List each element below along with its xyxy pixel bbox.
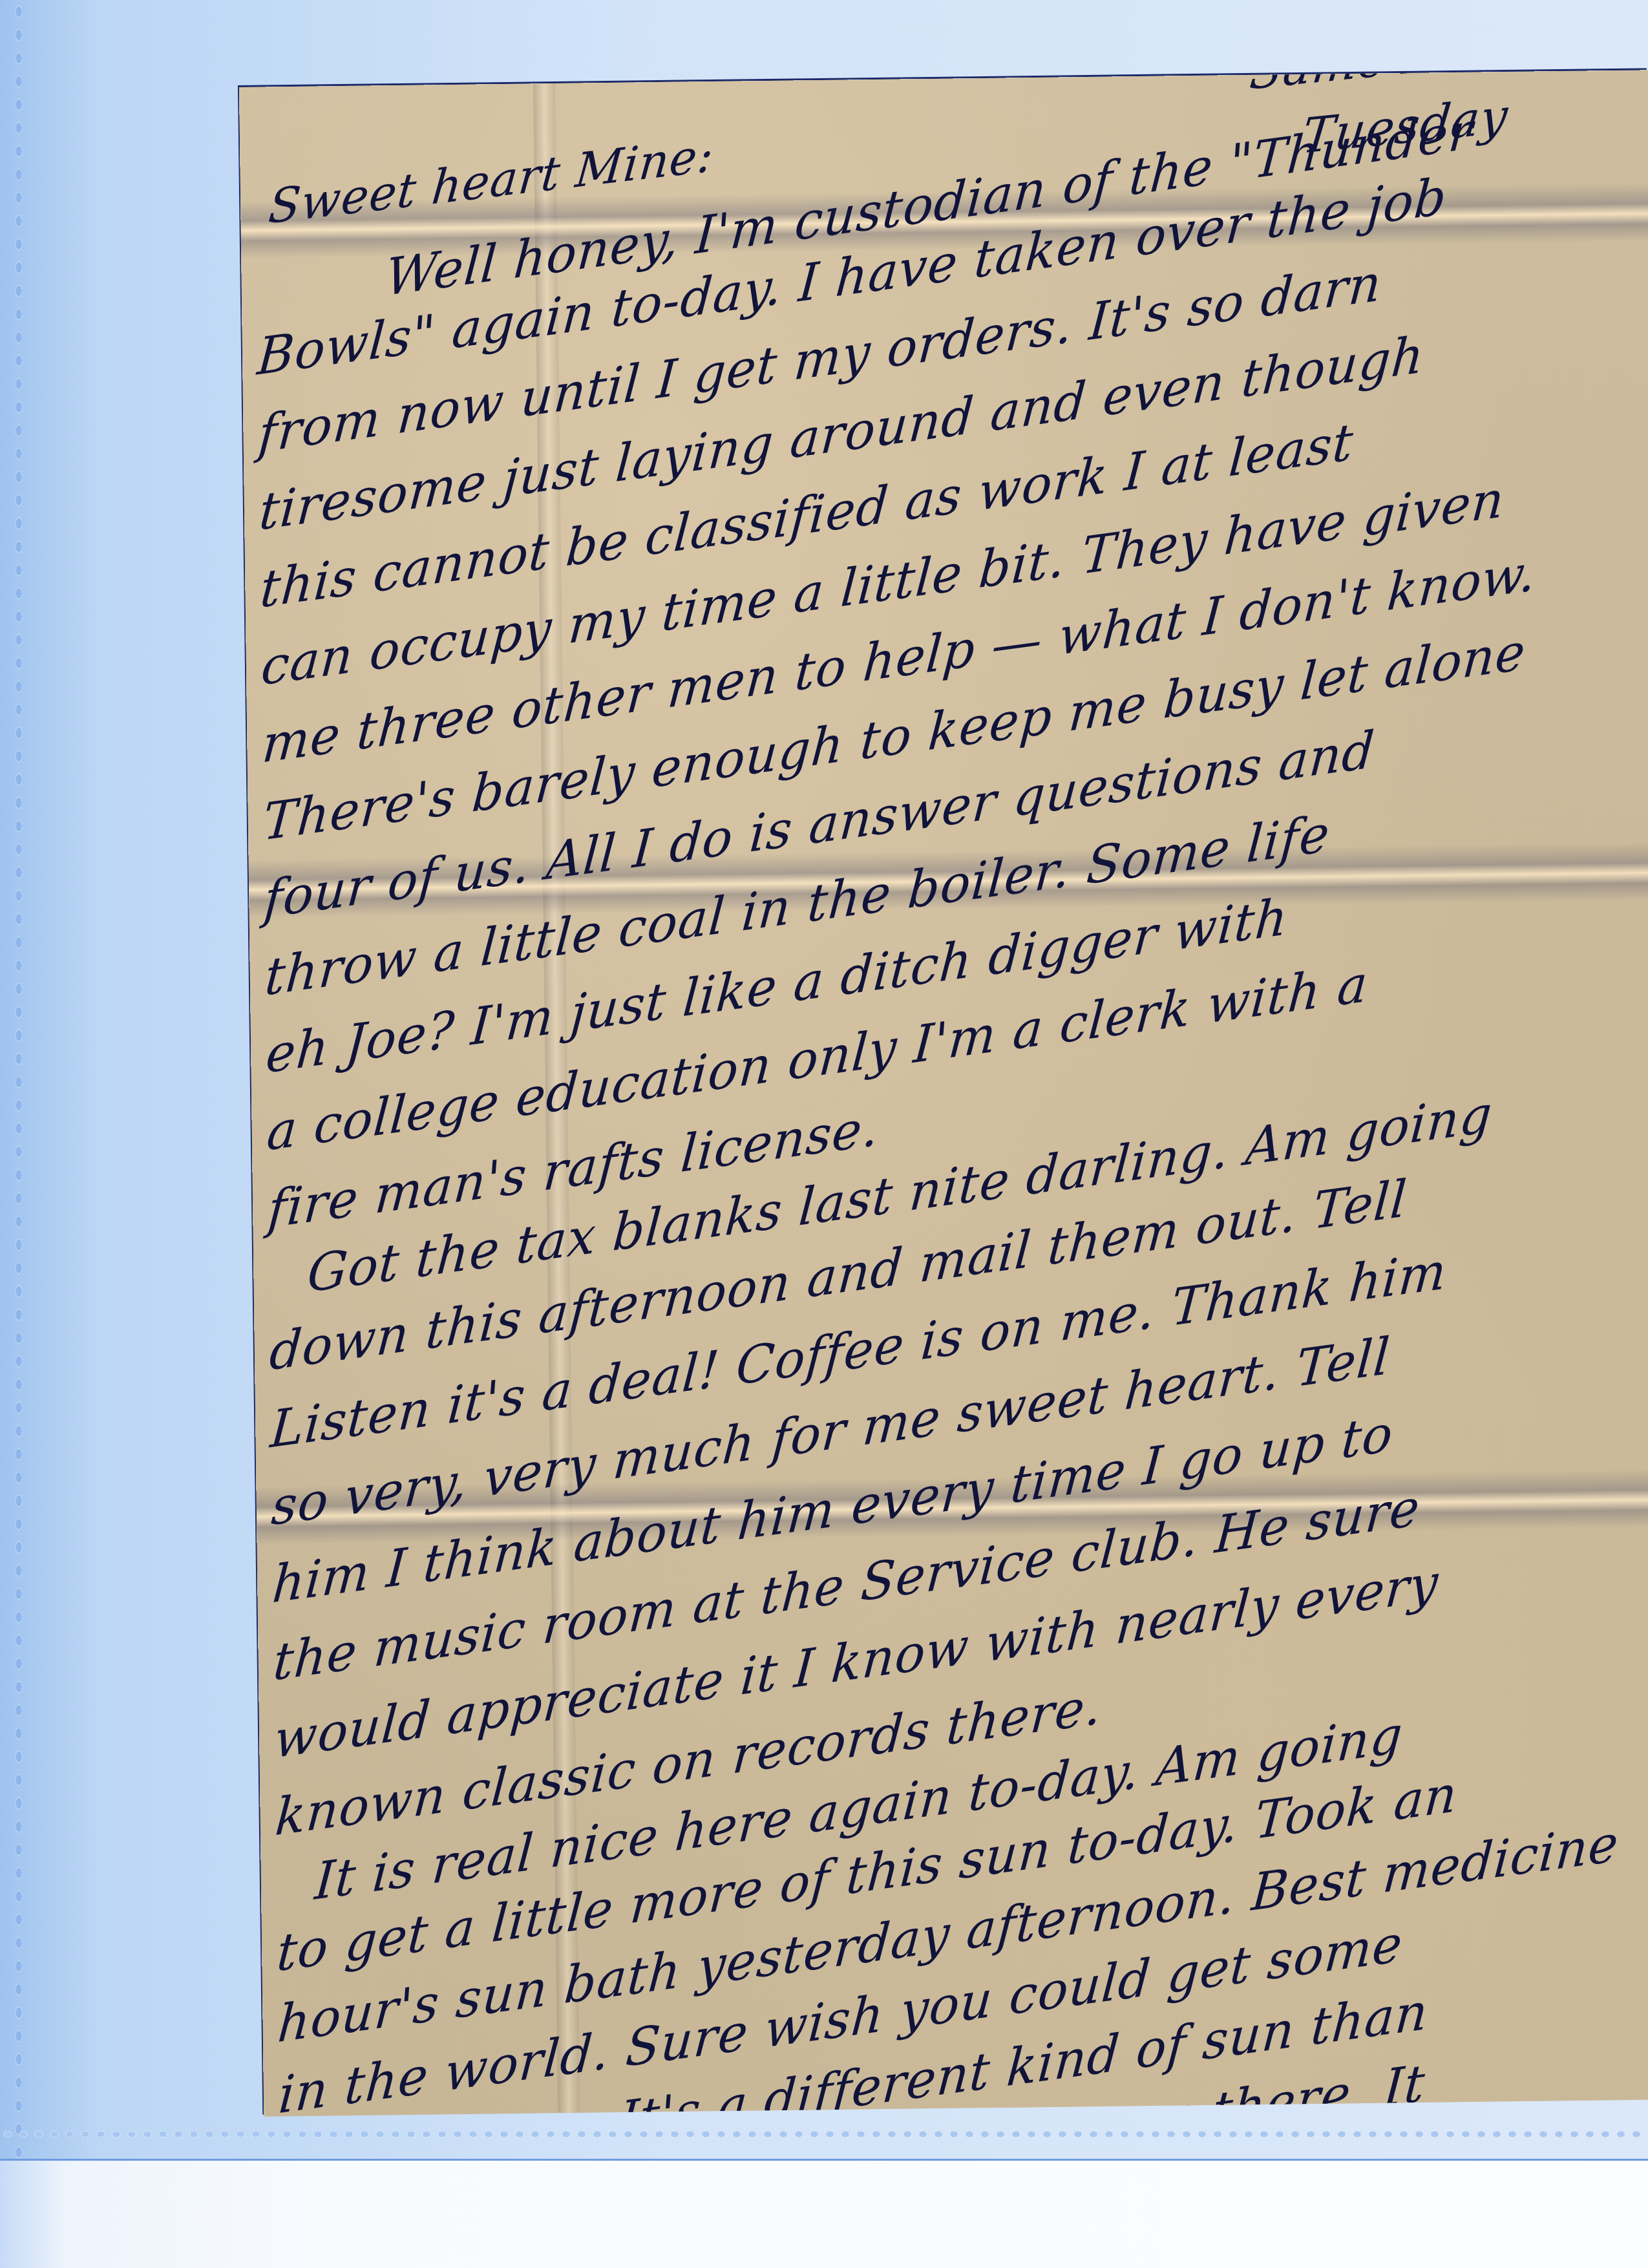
scanner-bed-background <box>0 2159 1648 2268</box>
sheet-protector-perforation-bottom <box>0 2126 1648 2142</box>
sheet-protector-perforation-left <box>12 0 26 2159</box>
letter-sheet: Same Place Tuesday Sweet heart Mine: Wel… <box>239 70 1648 2116</box>
